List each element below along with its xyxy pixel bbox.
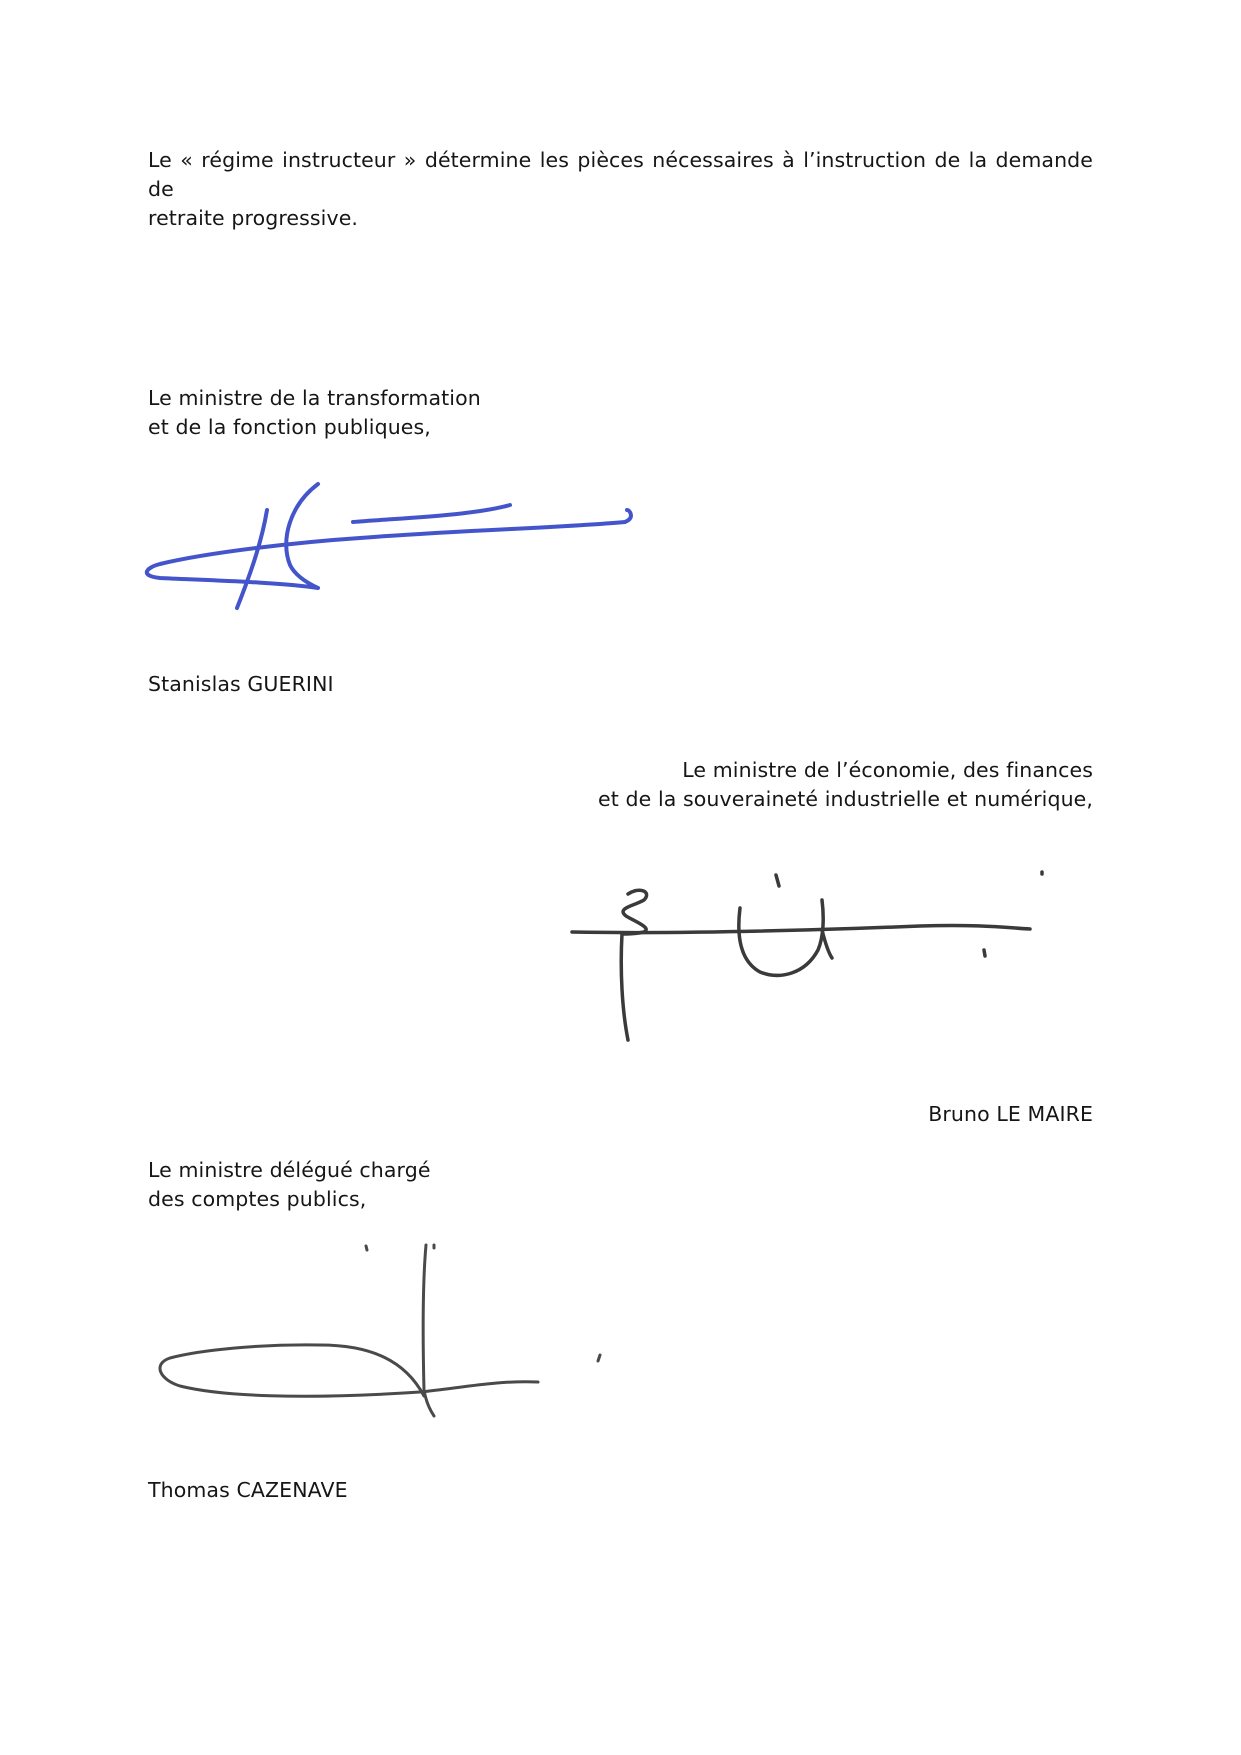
signature-guerini: [140, 470, 660, 620]
intro-paragraph: Le « régime instructeur » détermine les …: [148, 146, 1093, 233]
intro-line-1: Le « régime instructeur » détermine les …: [148, 146, 1093, 204]
title-line-1: Le ministre de la transformation: [148, 384, 481, 413]
signature-cazenave: [140, 1230, 640, 1420]
title-line-2: et de la fonction publiques,: [148, 413, 481, 442]
signatory-name-cazenave: Thomas CAZENAVE: [148, 1476, 348, 1505]
signatory-title-guerini: Le ministre de la transformation et de l…: [148, 384, 481, 442]
title-line-1: Le ministre délégué chargé: [148, 1156, 431, 1185]
signature-le-maire: [560, 850, 1060, 1050]
title-line-2: et de la souveraineté industrielle et nu…: [598, 785, 1093, 814]
title-line-2: des comptes publics,: [148, 1185, 431, 1214]
title-line-1: Le ministre de l’économie, des finances: [598, 756, 1093, 785]
signatory-title-cazenave: Le ministre délégué chargé des comptes p…: [148, 1156, 431, 1214]
intro-line-2: retraite progressive.: [148, 204, 1093, 233]
signatory-name-le-maire: Bruno LE MAIRE: [928, 1100, 1093, 1129]
signatory-title-le-maire: Le ministre de l’économie, des finances …: [598, 756, 1093, 814]
signatory-name-guerini: Stanislas GUERINI: [148, 670, 334, 699]
